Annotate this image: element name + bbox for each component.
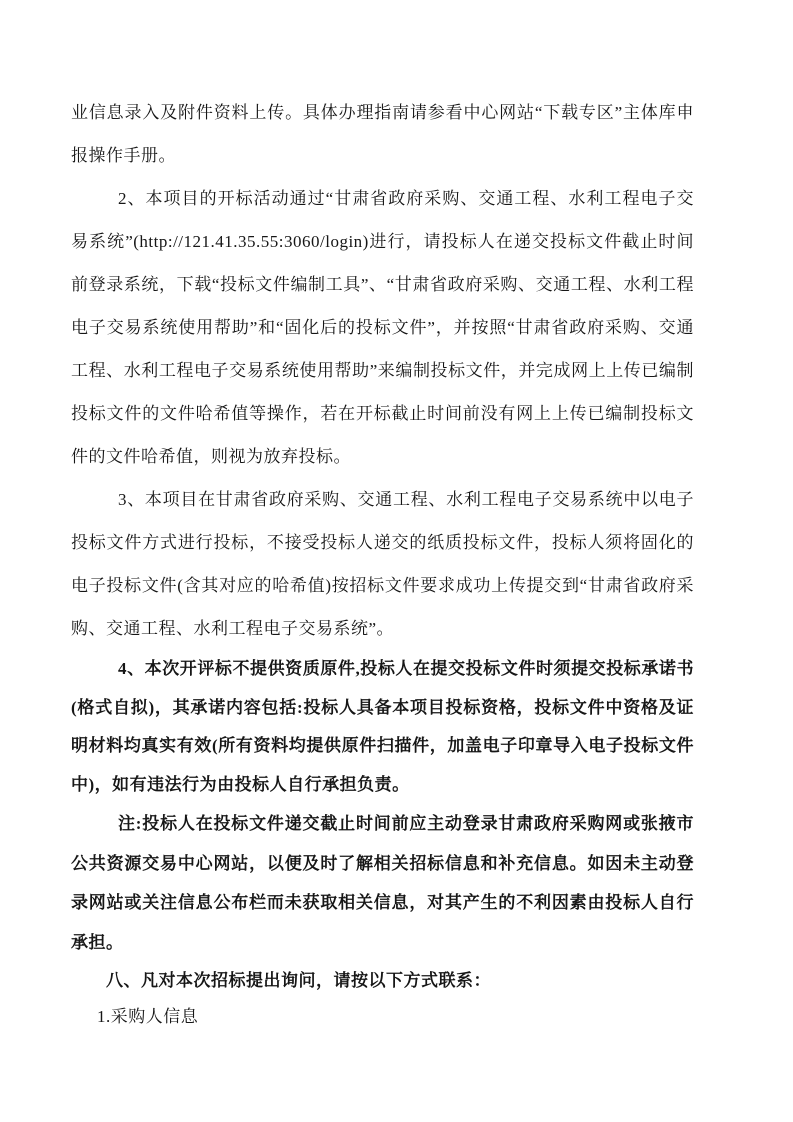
sub-heading-purchaser-info: 1.采购人信息 [71,999,694,1035]
para-item-3: 3、本项目在甘肃省政府采购、交通工程、水利工程电子交易系统中以电子投标文件方式进… [71,478,694,650]
document-page: 业信息录入及附件资料上传。具体办理指南请参看中心网站“下载专区”主体库申报操作手… [0,0,793,1122]
section-heading-8: 八、凡对本次招标提出询问，请按以下方式联系： [71,962,694,999]
para-continuation: 业信息录入及附件资料上传。具体办理指南请参看中心网站“下载专区”主体库申报操作手… [71,91,694,177]
para-note: 注:投标人在投标文件递交截止时间前应主动登录甘肃政府采购网或张掖市公共资源交易中… [71,804,694,962]
para-item-4: 4、本次开评标不提供资质原件,投标人在提交投标文件时须提交投标承诺书(格式自拟)… [71,650,694,804]
para-item-2: 2、本项目的开标活动通过“甘肃省政府采购、交通工程、水利工程电子交易系统”(ht… [71,177,694,478]
